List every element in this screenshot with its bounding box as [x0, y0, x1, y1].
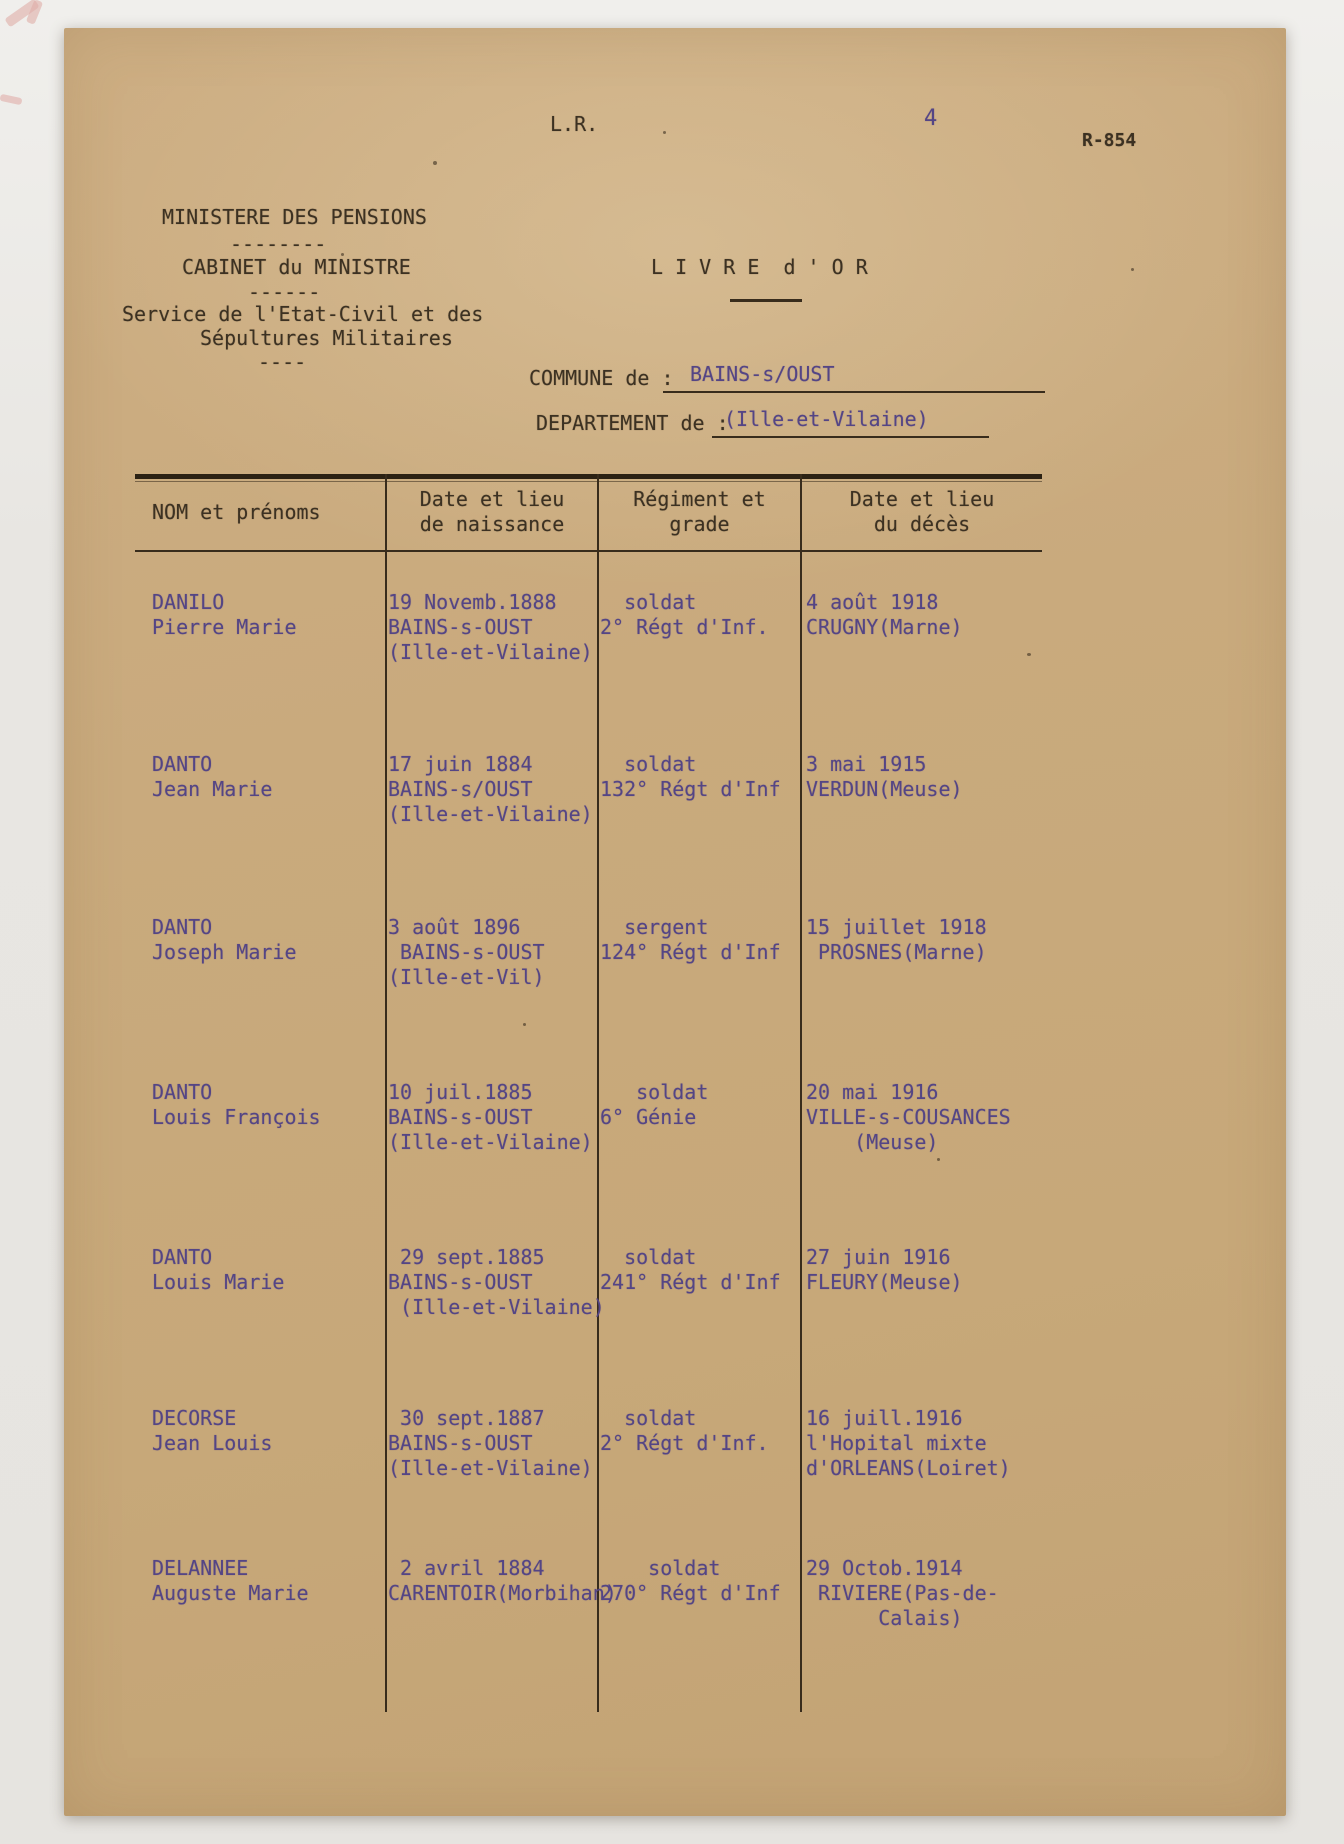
- table-header-nom: NOM et prénoms: [152, 500, 321, 525]
- table-cell-regiment: sergent 124° Régt d'Inf: [600, 915, 781, 965]
- departement-value: (Ille-et-Vilaine): [724, 407, 929, 432]
- table-cell-name: DANTO Louis Marie: [152, 1245, 284, 1295]
- reference-number: R-854: [1082, 128, 1136, 153]
- table-cell-name: DELANNEE Auguste Marie: [152, 1556, 309, 1606]
- table-column-rule: [800, 474, 802, 1712]
- table-column-rule: [597, 474, 599, 1712]
- paper-sheet: L.R. 4 R-854 MINISTERE DES PENSIONS ----…: [64, 28, 1286, 1816]
- table-column-rule: [385, 474, 387, 1712]
- table-cell-death: 16 juill.1916 l'Hopital mixte d'ORLEANS(…: [806, 1406, 1011, 1481]
- letterhead-divider: ----: [258, 350, 306, 375]
- paper-speck: [937, 1158, 940, 1161]
- table-cell-birth: 3 août 1896 BAINS-s-OUST (Ille-et-Vil): [388, 915, 545, 990]
- table-cell-birth: 10 juil.1885 BAINS-s-OUST (Ille-et-Vilai…: [388, 1080, 593, 1155]
- table-cell-death: 3 mai 1915 VERDUN(Meuse): [806, 752, 963, 802]
- table-cell-name: DANILO Pierre Marie: [152, 590, 297, 640]
- table-cell-regiment: soldat 2° Régt d'Inf.: [600, 590, 769, 640]
- table-header-regiment: Régiment et grade: [599, 487, 800, 537]
- table-header-rule: [135, 550, 1042, 552]
- paper-speck: [433, 161, 437, 165]
- table-cell-regiment: soldat 2° Régt d'Inf.: [600, 1406, 769, 1456]
- table-cell-death: 20 mai 1916 VILLE-s-COUSANCES (Meuse): [806, 1080, 1011, 1155]
- table-cell-regiment: soldat 132° Régt d'Inf: [600, 752, 781, 802]
- paper-speck: [1027, 653, 1031, 656]
- document-title: L I V R E d ' O R: [651, 255, 868, 280]
- departement-underline: [712, 436, 989, 438]
- letterhead-divider: --------: [230, 232, 326, 257]
- table-header-naissance: Date et lieu de naissance: [387, 487, 597, 537]
- table-cell-birth: 30 sept.1887 BAINS-s-OUST (Ille-et-Vilai…: [388, 1406, 593, 1481]
- table-cell-birth: 29 sept.1885 BAINS-s-OUST (Ille-et-Vilai…: [388, 1245, 605, 1320]
- table-cell-birth: 2 avril 1884 CARENTOIR(Morbihan): [388, 1556, 617, 1606]
- paper-speck: [341, 253, 344, 256]
- table-cell-regiment: soldat 241° Régt d'Inf: [600, 1245, 781, 1295]
- page-number: 4: [924, 106, 937, 131]
- paper-speck: [523, 1023, 526, 1026]
- table-cell-regiment: soldat 270° Régt d'Inf: [600, 1556, 781, 1606]
- table-top-rule: [135, 474, 1042, 479]
- table-cell-death: 15 juillet 1918 PROSNES(Marne): [806, 915, 987, 965]
- table-cell-name: DANTO Louis François: [152, 1080, 321, 1130]
- table-cell-death: 29 Octob.1914 RIVIERE(Pas-de- Calais): [806, 1556, 999, 1631]
- classification-code: L.R.: [550, 112, 598, 137]
- table-top-rule-thin: [135, 481, 1042, 482]
- table-cell-name: DANTO Jean Marie: [152, 752, 272, 802]
- table-cell-name: DANTO Joseph Marie: [152, 915, 297, 965]
- margin-mark: [0, 94, 22, 105]
- commune-label: COMMUNE de :: [529, 366, 674, 391]
- title-underline: [730, 299, 802, 302]
- table-cell-death: 27 juin 1916 FLEURY(Meuse): [806, 1245, 963, 1295]
- table-cell-birth: 19 Novemb.1888 BAINS-s-OUST (Ille-et-Vil…: [388, 590, 593, 665]
- letterhead-service-line2: Sépultures Militaires: [200, 326, 453, 351]
- departement-label: DEPARTEMENT de :: [536, 411, 729, 436]
- letterhead-ministry: MINISTERE DES PENSIONS: [162, 205, 427, 230]
- table-cell-regiment: soldat 6° Génie: [600, 1080, 708, 1130]
- table-cell-birth: 17 juin 1884 BAINS-s/OUST (Ille-et-Vilai…: [388, 752, 593, 827]
- table-cell-death: 4 août 1918 CRUGNY(Marne): [806, 590, 963, 640]
- paper-speck: [663, 131, 666, 134]
- table-header-deces: Date et lieu du décès: [802, 487, 1042, 537]
- letterhead-service-line1: Service de l'Etat-Civil et des: [122, 302, 483, 327]
- letterhead-cabinet: CABINET du MINISTRE: [182, 255, 411, 280]
- commune-value: BAINS-s/OUST: [690, 362, 835, 387]
- table-cell-name: DECORSE Jean Louis: [152, 1406, 272, 1456]
- paper-speck: [1131, 268, 1134, 271]
- commune-underline: [663, 391, 1045, 393]
